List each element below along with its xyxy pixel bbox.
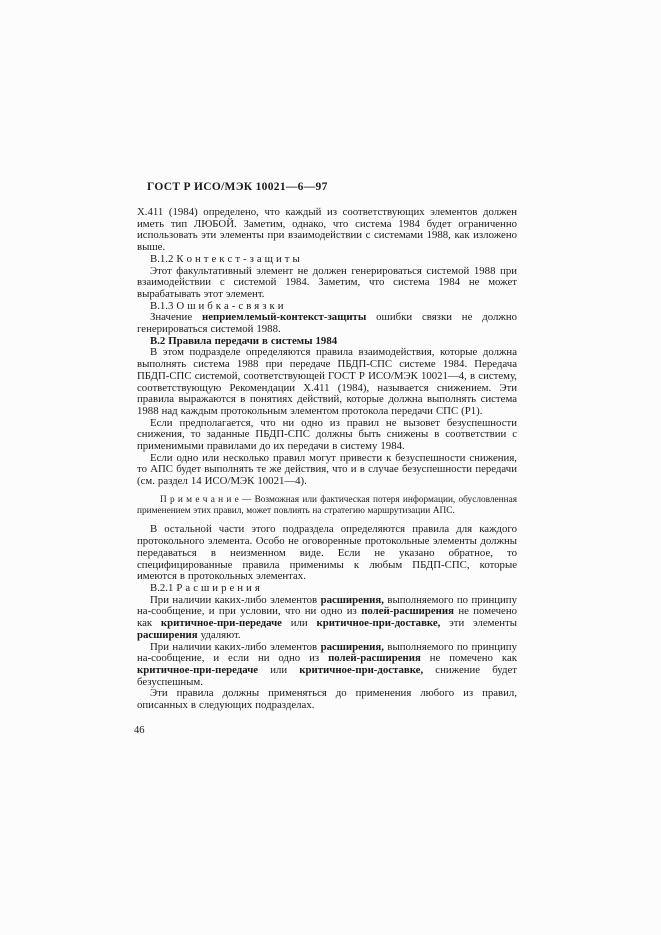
paragraph: Если одно или несколько правил могут при… [137,453,517,488]
bold-term: критичное-при-доставке, [299,664,423,676]
text-run: Х.411 (1984) определено, что каждый из с… [137,206,517,253]
paragraph: Если предполагается, что ни одно из прав… [137,418,517,453]
text-run: Если предполагается, что ни одно из прав… [137,417,517,452]
scanned-document-page: ГОСТ Р ИСО/МЭК 10021—6—97 Х.411 (1984) о… [0,0,661,935]
text-run: В этом подразделе определяются правила в… [137,346,517,417]
paragraph: В этом подразделе определяются правила в… [137,347,517,417]
text-run: или [282,617,316,629]
text-run: эти элементы [440,617,517,629]
bold-term: полей-расширения [361,605,454,617]
text-run: Этот факультативный элемент не должен ге… [137,265,517,300]
text-run: При наличии каких-либо элементов [150,594,321,606]
paragraph: Значение неприемлемый-контекст-защиты ош… [137,312,517,335]
bold-term: критичное-при-передаче [137,664,258,676]
bold-term: расширения [137,629,198,641]
bold-term: расширения, [321,594,384,606]
text-run: В.1.3 О ш и б к а - с в я з к и [150,300,284,312]
paragraph: Эти правила должны применяться до примен… [137,688,517,711]
bold-term: критичное-при-доставке, [316,617,440,629]
text-run: В.1.2 К о н т е к с т - з а щ и т ы [150,253,300,265]
text-run: Если одно или несколько правил могут при… [137,452,517,487]
paragraph: Этот факультативный элемент не должен ге… [137,266,517,301]
text-run: При наличии каких-либо элементов [150,641,321,653]
text-run: В.2.1 Р а с ш и р е н и я [150,582,260,594]
bold-term: расширения, [321,641,384,653]
text-run: В остальной части этого подраздела опред… [137,523,517,582]
note-paragraph: П р и м е ч а н и е — Возможная или факт… [137,495,517,517]
text-run: Эти правила должны применяться до примен… [137,687,517,711]
paragraph: При наличии каких-либо элементов расшире… [137,595,517,642]
bold-term: критичное-при-передаче [161,617,282,629]
paragraph: В остальной части этого подраздела опред… [137,524,517,583]
text-block: ГОСТ Р ИСО/МЭК 10021—6—97 Х.411 (1984) о… [137,181,517,712]
page-number: 46 [134,725,145,737]
bold-term: полей-расширения [328,652,421,664]
standard-number-header: ГОСТ Р ИСО/МЭК 10021—6—97 [147,181,517,194]
text-run: Значение [150,311,202,323]
text-run: или [258,664,299,676]
text-run: удаляют. [198,629,241,641]
bold-term: В.2 Правила передачи в системы 1984 [150,335,337,347]
paragraph-container: Х.411 (1984) определено, что каждый из с… [137,207,517,712]
text-run: П р и м е ч а н и е — Возможная или факт… [137,495,517,516]
bold-term: неприемлемый-контекст-защиты [202,311,366,323]
paragraph: При наличии каких-либо элементов расшире… [137,642,517,689]
text-run: не помечено как [421,652,517,664]
paragraph: Х.411 (1984) определено, что каждый из с… [137,207,517,254]
